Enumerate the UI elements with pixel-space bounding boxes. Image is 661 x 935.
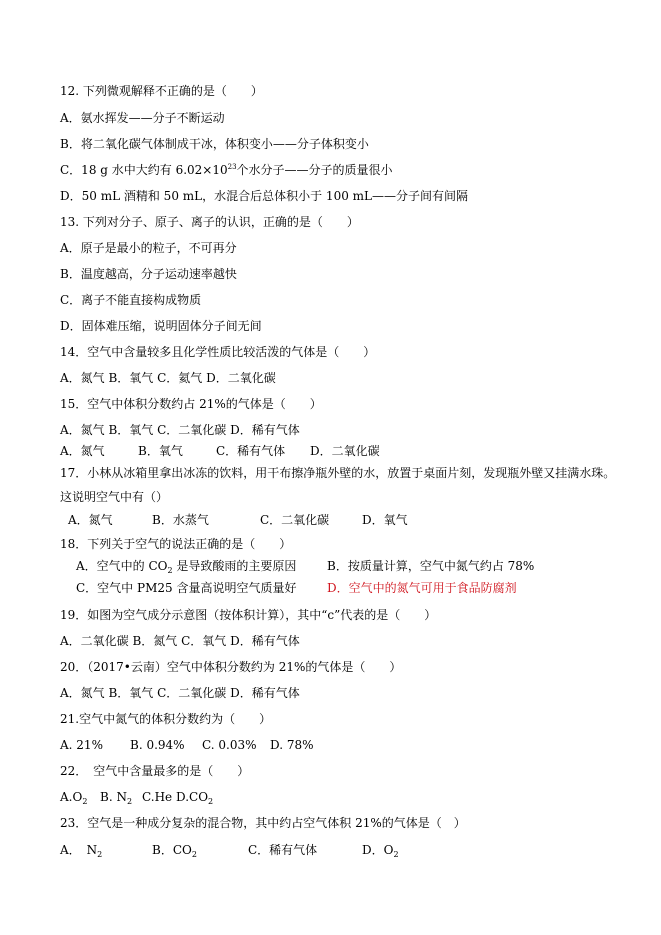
- question-13-option-c: C．离子不能直接构成物质: [60, 292, 201, 308]
- option-a-text: A． N: [60, 843, 97, 857]
- question-23-options: A． N2 B．CO2 C．稀有气体 D．O2: [60, 842, 620, 858]
- option-a-pre: A．空气中的 CO: [76, 559, 168, 573]
- question-17-stem-line-2: 这说明空气中有（）: [60, 489, 168, 505]
- question-12-option-b: B．将二氧化碳气体制成干冰，体积变小——分子体积变小: [60, 136, 369, 152]
- question-13-option-d: D．固体难压缩，说明固体分子间无间: [60, 318, 262, 334]
- option-d: D．氧气: [362, 512, 408, 528]
- option-d: D．二氧化碳: [310, 443, 380, 459]
- question-12-option-d: D．50 mL 酒精和 50 mL，水混合后总体积小于 100 mL——分子间有…: [60, 188, 468, 204]
- question-14-stem: 14．空气中含量较多且化学性质比较活泼的气体是（ ）: [60, 344, 375, 360]
- option-d: D．O2: [362, 842, 399, 858]
- question-15-stem: 15．空气中体积分数约占 21%的气体是（ ）: [60, 396, 322, 412]
- question-21-stem: 21.空气中氮气的体积分数约为（ ）: [60, 711, 271, 727]
- question-19-options: A．二氧化碳 B．氮气 C．氧气 D．稀有气体: [60, 633, 300, 649]
- option-a-post: 是导致酸雨的主要原因: [173, 559, 297, 573]
- document-page: 12. 下列微观解释不正确的是（ ） A．氨水挥发——分子不断运动 B．将二氧化…: [0, 0, 661, 935]
- question-12-option-c: C．18 g 水中大约有 6.02×1023个水分子——分子的质量很小: [60, 162, 393, 178]
- option-b: B. N2: [100, 789, 132, 805]
- subscript: 2: [393, 850, 398, 859]
- exponent: 23: [228, 163, 237, 171]
- subscript: 2: [192, 850, 197, 859]
- option-b-text: B．CO: [152, 843, 192, 857]
- option-a: A.O2: [60, 789, 87, 805]
- question-21-options: A. 21% B. 0.94% C. 0.03% D. 78%: [60, 737, 620, 753]
- option-a: A. 21%: [60, 737, 103, 753]
- option-b: B．按质量计算，空气中氮气约占 78%: [327, 558, 534, 574]
- option-c-text-post: 个水分子——分子的质量很小: [237, 163, 393, 177]
- question-22-stem: 22． 空气中含量最多的是（ ）: [60, 763, 249, 779]
- option-c-text: C.He: [142, 790, 172, 804]
- option-b: B．水蒸气: [152, 512, 209, 528]
- question-12-option-a: A．氨水挥发——分子不断运动: [60, 110, 225, 126]
- option-d: D.CO2: [176, 789, 213, 805]
- question-13-option-b: B．温度越高，分子运动速率越快: [60, 266, 237, 282]
- option-a: A．空气中的 CO2 是导致酸雨的主要原因: [76, 558, 296, 574]
- option-c-text-pre: C．18 g 水中大约有 6.02×10: [60, 163, 228, 177]
- option-c: C. 0.03%: [202, 737, 257, 753]
- option-d: D. 78%: [270, 737, 314, 753]
- question-15-options: A．氮气 B．氧气 C．二氧化碳 D．稀有气体: [60, 422, 300, 438]
- option-b: B．CO2: [152, 842, 197, 858]
- option-a: A． N2: [60, 842, 102, 858]
- option-a: A．氮气: [68, 512, 113, 528]
- subscript: 2: [82, 797, 87, 806]
- option-d-text: D.CO: [176, 790, 208, 804]
- option-a-text: A.O: [60, 790, 82, 804]
- question-23-stem: 23．空气是一种成分复杂的混合物，其中约占空气体积 21%的气体是（ ）: [60, 815, 466, 831]
- option-d-text: D．O: [362, 843, 393, 857]
- question-18-stem: 18．下列关于空气的说法正确的是（ ）: [60, 536, 291, 552]
- question-13-option-a: A．原子是最小的粒子，不可再分: [60, 240, 237, 256]
- question-18-options-row-1: A．空气中的 CO2 是导致酸雨的主要原因 B．按质量计算，空气中氮气约占 78…: [60, 558, 620, 574]
- question-22-options: A.O2 B. N2 C.He D.CO2: [60, 789, 620, 805]
- option-a: A．氮气: [60, 443, 105, 459]
- question-18-options-row-2: C．空气中 PM25 含量高说明空气质量好 D．空气中的氮气可用于食品防腐剂: [60, 580, 620, 596]
- question-12-stem: 12. 下列微观解释不正确的是（ ）: [60, 83, 263, 99]
- question-14-options: A．氮气 B．氧气 C．氦气 D．二氧化碳: [60, 370, 276, 386]
- question-15-alt-options: A．氮气 B．氧气 C．稀有气体 D．二氧化碳: [60, 443, 620, 459]
- subscript: 2: [208, 797, 213, 806]
- option-b: B．氧气: [138, 443, 183, 459]
- option-c: C．稀有气体: [216, 443, 285, 459]
- question-19-stem: 19．如图为空气成分示意图（按体积计算），其中“c”代表的是（ ）: [60, 607, 436, 623]
- subscript: 2: [127, 797, 132, 806]
- option-b: B. 0.94%: [130, 737, 185, 753]
- question-20-options: A．氮气 B．氧气 C．二氧化碳 D．稀有气体: [60, 685, 300, 701]
- option-c-text: C．稀有气体: [248, 843, 317, 857]
- question-20-stem: 20．（2017•云南）空气中体积分数约为 21%的气体是（ ）: [60, 659, 401, 675]
- option-c: C.He: [142, 789, 172, 805]
- question-13-stem: 13. 下列对分子、原子、离子的认识，正确的是（ ）: [60, 214, 359, 230]
- question-17-stem-line-1: 17．小林从冰箱里拿出冰冻的饮料，用干布擦净瓶外壁的水，放置于桌面片刻，发现瓶外…: [60, 465, 615, 481]
- option-d-highlighted-answer: D．空气中的氮气可用于食品防腐剂: [327, 580, 517, 596]
- option-c: C．稀有气体: [248, 842, 317, 858]
- option-c: C．空气中 PM25 含量高说明空气质量好: [76, 580, 296, 596]
- option-c: C．二氧化碳: [260, 512, 329, 528]
- option-b-text: B. N: [100, 790, 127, 804]
- question-17-options: A．氮气 B．水蒸气 C．二氧化碳 D．氧气: [60, 512, 620, 528]
- subscript: 2: [97, 850, 102, 859]
